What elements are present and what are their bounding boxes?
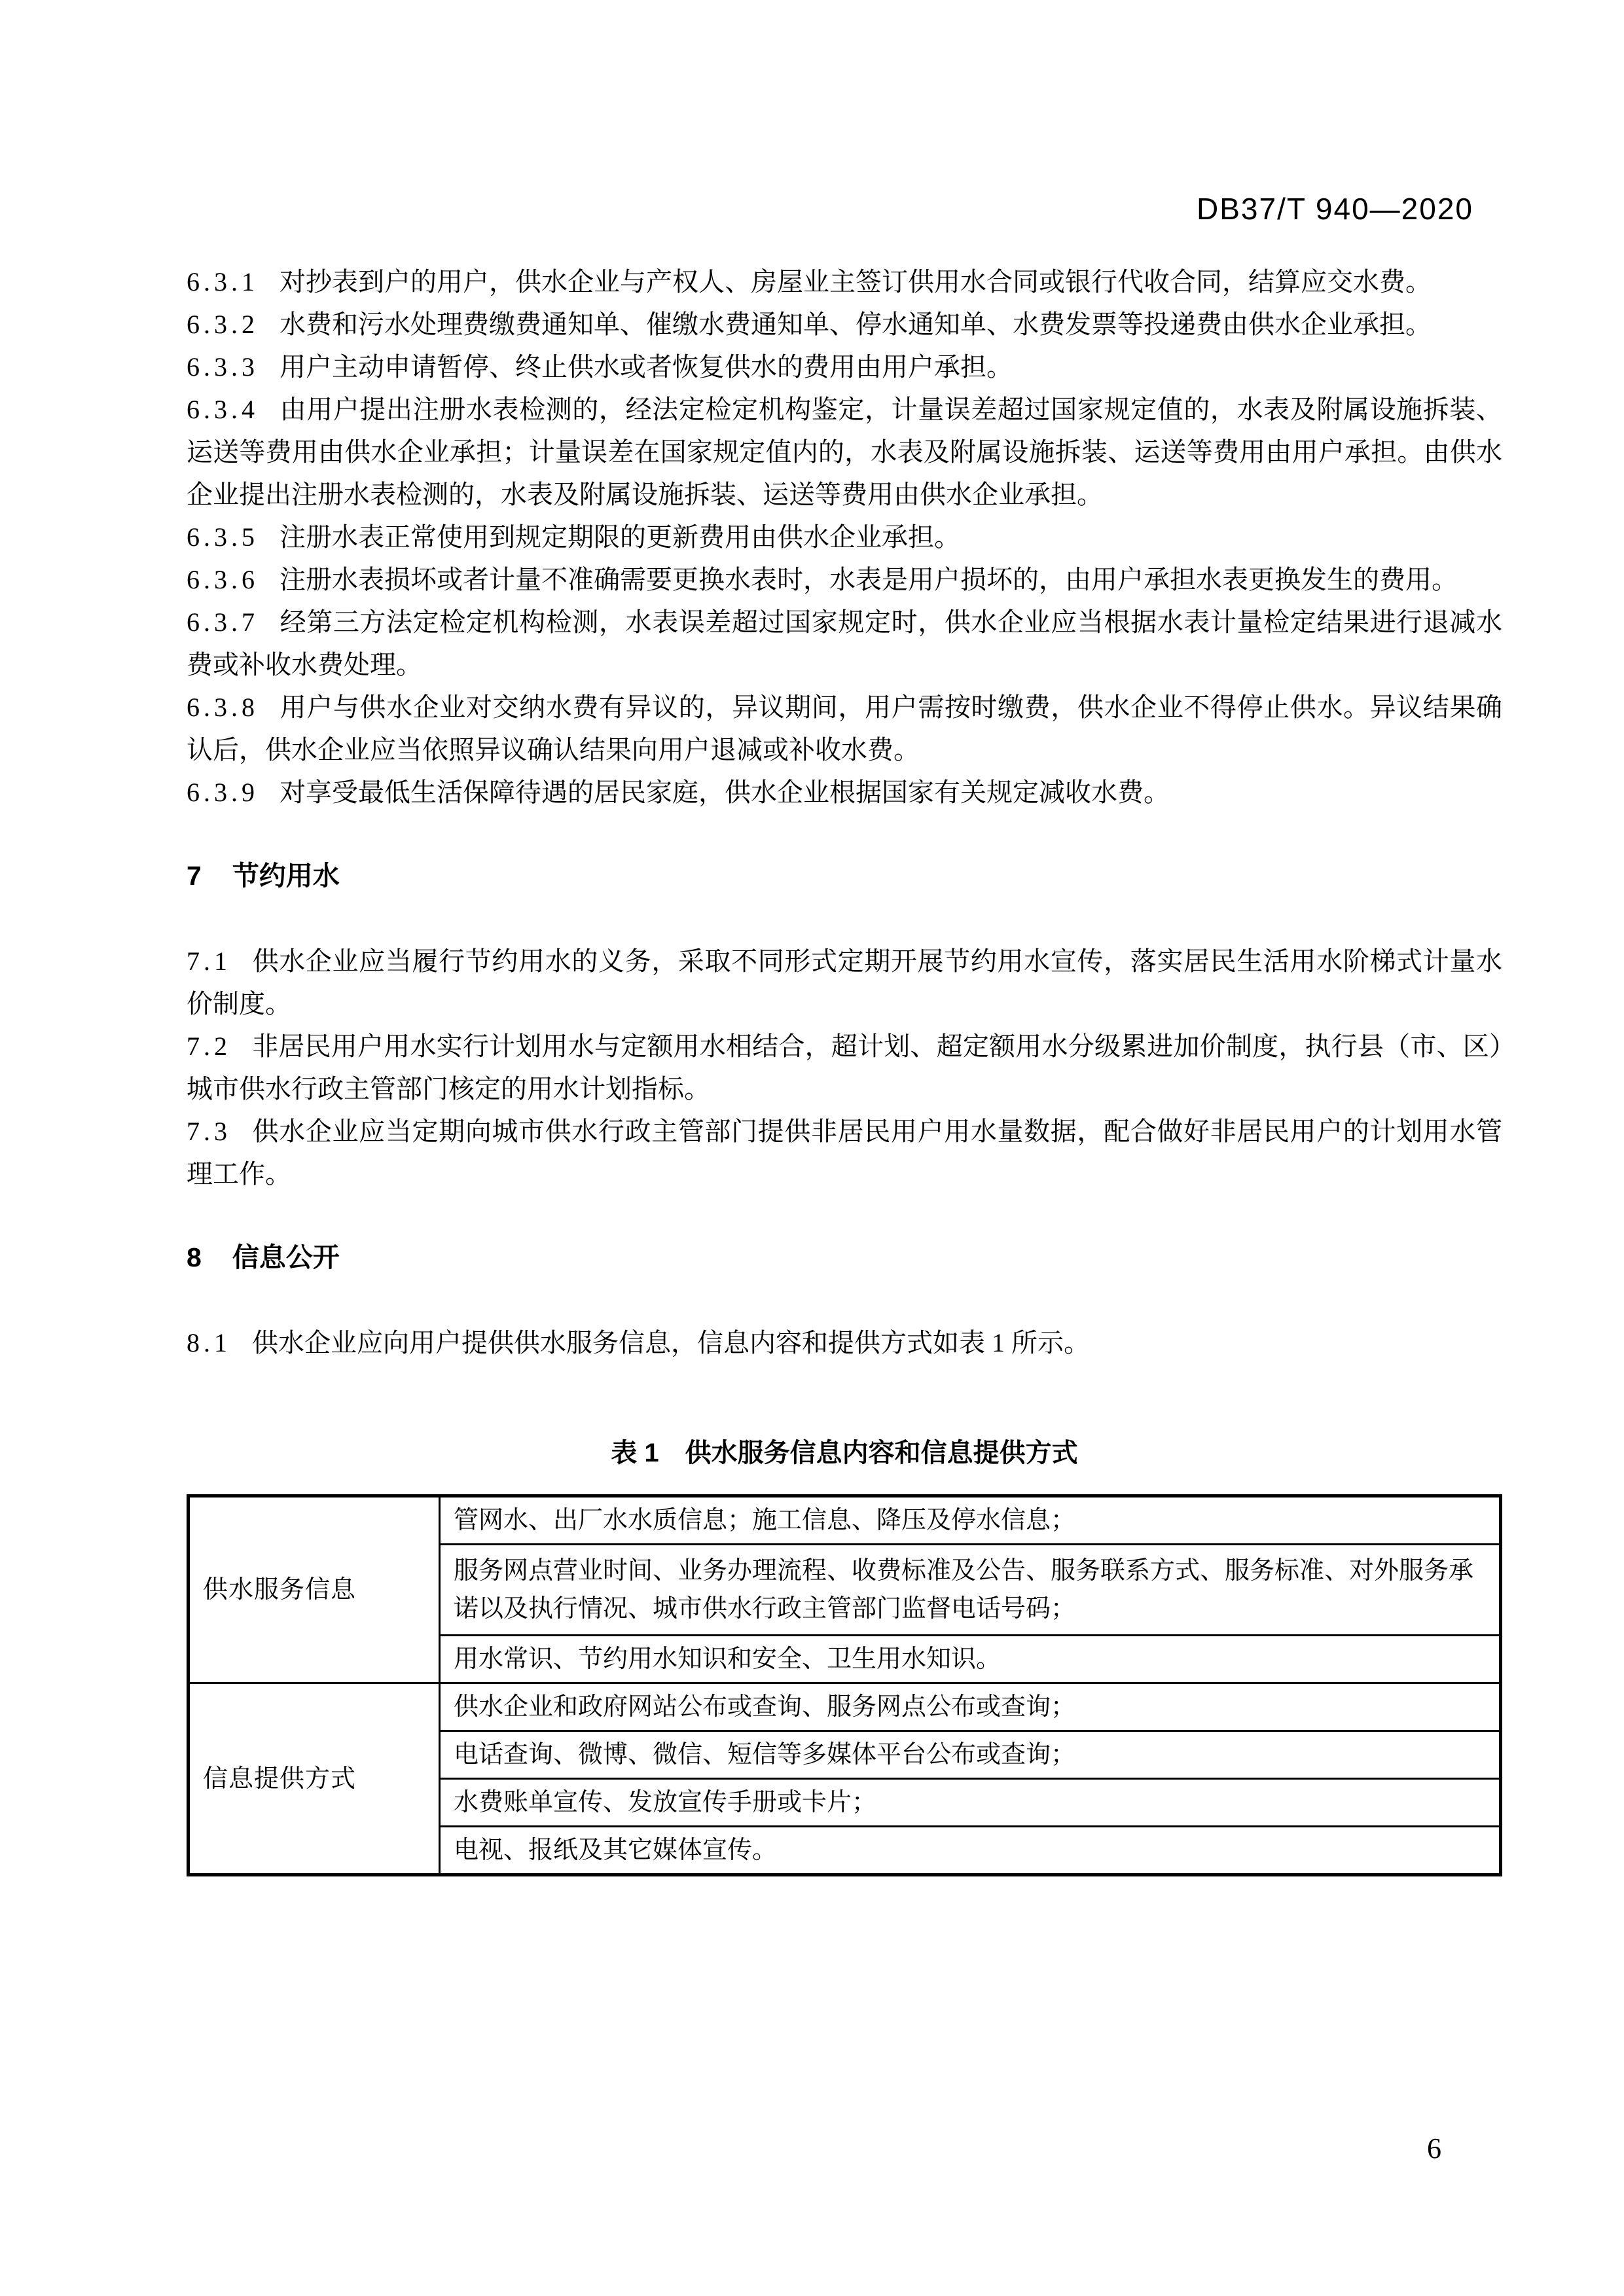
clause-paragraph: 6.3.4由用户提出注册水表检测的，经法定检定机构鉴定，计量误差超过国家规定值的… [187,388,1502,516]
clause-number: 7.1 [187,946,231,976]
clause-number: 6.3.5 [187,522,259,552]
clause-paragraph: 6.3.8用户与供水企业对交纳水费有异议的，异议期间，用户需按时缴费，供水企业不… [187,686,1502,771]
table-cell: 电话查询、微博、微信、短信等多媒体平台公布或查询； [440,1731,1501,1779]
clause-number: 6.3.2 [187,310,259,339]
clause-paragraph: 7.1供水企业应当履行节约用水的义务，采取不同形式定期开展节约用水宣传，落实居民… [187,940,1502,1025]
clause-paragraph: 6.3.1对抄表到户的用户，供水企业与产权人、房屋业主签订供用水合同或银行代收合… [187,260,1502,303]
clause-paragraph: 8.1供水企业应向用户提供供水服务信息，信息内容和提供方式如表 1 所示。 [187,1321,1502,1364]
table-cell: 服务网点营业时间、业务办理流程、收费标准及公告、服务联系方式、服务标准、对外服务… [440,1545,1501,1636]
clause-paragraph: 6.3.9对享受最低生活保障待遇的居民家庭，供水企业根据国家有关规定减收水费。 [187,771,1502,814]
clause-number: 6.3.6 [187,565,259,594]
clause-text: 供水企业应当定期向城市供水行政主管部门提供非居民用户用水量数据，配合做好非居民用… [187,1117,1502,1189]
page-number: 6 [1427,2132,1441,2165]
info-table: 供水服务信息管网水、出厂水水质信息；施工信息、降压及停水信息；服务网点营业时间、… [187,1494,1502,1876]
clause-paragraph: 6.3.6注册水表损坏或者计量不准确需要更换水表时，水表是用户损坏的，由用户承担… [187,558,1502,601]
section-heading: 8信息公开 [187,1236,1502,1279]
clause-number: 6.3.7 [187,607,259,637]
clause-number: 7.2 [187,1031,231,1061]
section-heading: 7节约用水 [187,855,1502,897]
clause-text: 非居民用户用水实行计划用水与定额用水相结合，超计划、超定额用水分级累进加价制度，… [187,1031,1502,1103]
clause-paragraph: 7.2非居民用户用水实行计划用水与定额用水相结合，超计划、超定额用水分级累进加价… [187,1025,1502,1110]
clause-number: 8.1 [187,1328,231,1357]
clause-text: 对享受最低生活保障待遇的居民家庭，供水企业根据国家有关规定减收水费。 [280,778,1170,807]
clause-text: 由用户提出注册水表检测的，经法定检定机构鉴定，计量误差超过国家规定值的，水表及附… [187,395,1502,509]
clause-number: 6.3.8 [187,692,259,722]
table-title: 表 1 供水服务信息内容和信息提供方式 [187,1432,1502,1475]
clause-text: 供水企业应当履行节约用水的义务，采取不同形式定期开展节约用水宣传，落实居民生活用… [187,946,1502,1018]
clause-paragraph: 7.3供水企业应当定期向城市供水行政主管部门提供非居民用户用水量数据，配合做好非… [187,1110,1502,1195]
table-group-label: 供水服务信息 [189,1496,440,1683]
document-page: DB37/T 940—2020 6.3.1对抄表到户的用户，供水企业与产权人、房… [0,0,1624,2296]
clause-paragraph: 6.3.7经第三方法定检定机构检测，水表误差超过国家规定时，供水企业应当根据水表… [187,601,1502,686]
table-cell: 电视、报纸及其它媒体宣传。 [440,1827,1501,1875]
clause-text: 对抄表到户的用户，供水企业与产权人、房屋业主签订供用水合同或银行代收合同，结算应… [280,267,1432,296]
clause-number: 6.3.9 [187,778,259,807]
table-cell: 管网水、出厂水水质信息；施工信息、降压及停水信息； [440,1496,1501,1545]
clause-text: 供水企业应向用户提供供水服务信息，信息内容和提供方式如表 1 所示。 [252,1328,1090,1357]
clause-text: 水费和污水处理费缴费通知单、催缴水费通知单、停水通知单、水费发票等投递费由供水企… [280,310,1432,339]
section-title: 节约用水 [232,861,340,891]
table-cell: 供水企业和政府网站公布或查询、服务网点公布或查询； [440,1683,1501,1731]
section-number: 7 [187,861,203,891]
table-row: 供水服务信息管网水、出厂水水质信息；施工信息、降压及停水信息； [189,1496,1501,1545]
table-group-label: 信息提供方式 [189,1683,440,1875]
clause-text: 经第三方法定检定机构检测，水表误差超过国家规定时，供水企业应当根据水表计量检定结… [187,607,1502,679]
document-body: 6.3.1对抄表到户的用户，供水企业与产权人、房屋业主签订供用水合同或银行代收合… [187,260,1502,1876]
table-cell: 水费账单宣传、发放宣传手册或卡片； [440,1779,1501,1827]
table-row: 信息提供方式供水企业和政府网站公布或查询、服务网点公布或查询； [189,1683,1501,1731]
clause-text: 注册水表正常使用到规定期限的更新费用由供水企业承担。 [280,522,960,552]
clause-number: 6.3.3 [187,352,259,382]
table-cell: 用水常识、节约用水知识和安全、卫生用水知识。 [440,1636,1501,1683]
clause-paragraph: 6.3.2水费和污水处理费缴费通知单、催缴水费通知单、停水通知单、水费发票等投递… [187,303,1502,346]
clause-text: 用户主动申请暂停、终止供水或者恢复供水的费用由用户承担。 [280,352,1013,382]
clause-text: 用户与供水企业对交纳水费有异议的，异议期间，用户需按时缴费，供水企业不得停止供水… [187,692,1502,764]
clause-number: 6.3.4 [187,395,259,424]
clause-number: 7.3 [187,1117,231,1146]
section-number: 8 [187,1242,203,1272]
clause-number: 6.3.1 [187,267,259,296]
standard-code-header: DB37/T 940—2020 [1197,192,1473,226]
clause-text: 注册水表损坏或者计量不准确需要更换水表时，水表是用户损坏的，由用户承担水表更换发… [280,565,1458,594]
section-title: 信息公开 [232,1242,340,1272]
clause-paragraph: 6.3.5注册水表正常使用到规定期限的更新费用由供水企业承担。 [187,516,1502,558]
clause-paragraph: 6.3.3用户主动申请暂停、终止供水或者恢复供水的费用由用户承担。 [187,346,1502,388]
